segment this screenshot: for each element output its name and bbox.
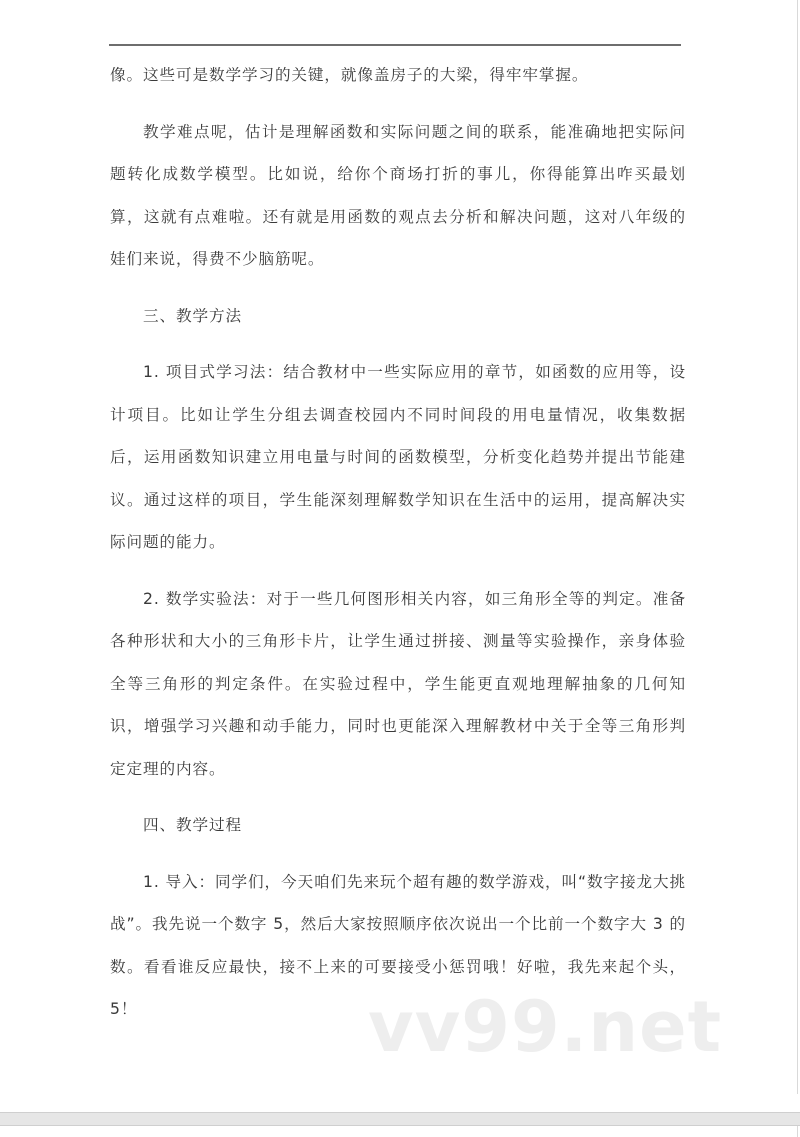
next-page-top (0, 1126, 798, 1137)
section-heading-teaching-methods: 三、教学方法 (110, 295, 686, 338)
document-page: 像。这些可是数学学习的关键，就像盖房子的大梁，得牢牢掌握。 教学难点呢，估计是理… (0, 0, 798, 1094)
paragraph-continuation: 像。这些可是数学学习的关键，就像盖房子的大梁，得牢牢掌握。 (110, 54, 686, 97)
document-body: 像。这些可是数学学习的关键，就像盖房子的大梁，得牢牢掌握。 教学难点呢，估计是理… (110, 54, 686, 1045)
paragraph-math-experiment: 2. 数学实验法：对于一些几何图形相关内容，如三角形全等的判定。准备各种形状和大… (110, 578, 686, 791)
section-heading-teaching-process: 四、教学过程 (110, 804, 686, 847)
header-rule (109, 44, 681, 46)
paragraph-project-learning: 1. 项目式学习法：结合教材中一些实际应用的章节，如函数的应用等，设计项目。比如… (110, 351, 686, 564)
paragraph-teaching-difficulties: 教学难点呢，估计是理解函数和实际问题之间的联系，能准确地把实际问题转化成数学模型… (110, 111, 686, 281)
watermark: vv99.net (368, 992, 722, 1062)
page-separator (0, 1112, 800, 1126)
